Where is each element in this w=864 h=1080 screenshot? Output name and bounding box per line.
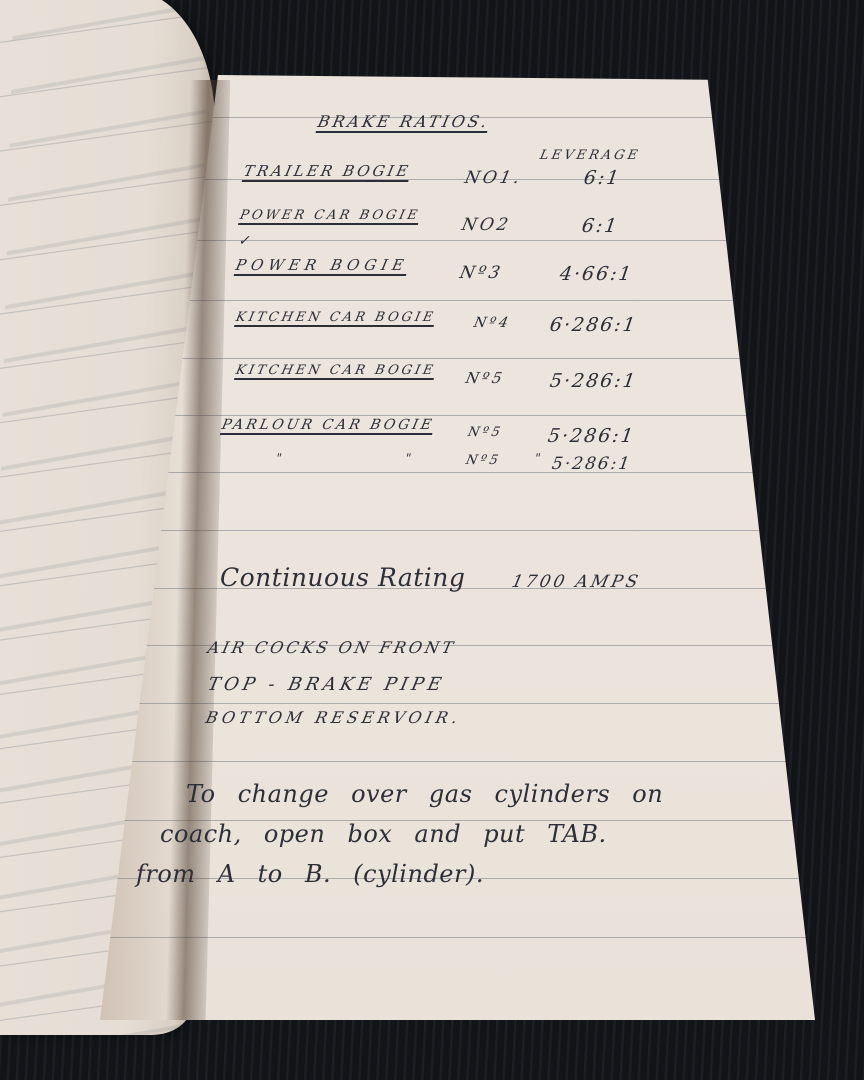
continuous-rating-label: Continuous Rating [220,563,465,592]
ratio-leverage: 5·286:1 [551,454,633,474]
note-line: from A to B. (cylinder). [136,860,484,888]
ratio-number: NO2 [460,215,513,235]
ratio-number: Nº5 [466,425,504,440]
air-cocks-line: AIR COCKS ON FRONT [206,638,458,657]
notebook-photo: BRAKE RATIOS. LEVERAGE TRAILER BOGIE NO1… [0,0,864,1080]
ratio-leverage: 5·286:1 [546,425,636,447]
ratio-item: TRAILER BOGIE [242,162,412,180]
ratio-item: POWER CAR BOGIE [238,208,421,223]
ratio-number: Nº3 [458,263,505,283]
ratio-number: Nº4 [472,315,512,331]
ratio-leverage: 6:1 [582,167,622,189]
ratio-item: KITCHEN CAR BOGIE [234,363,437,378]
note-line: coach, open box and put TAB. [160,820,607,848]
ratio-number: Nº5 [464,453,502,468]
ratio-leverage: 5·286:1 [548,370,638,392]
ratio-leverage: 6·286:1 [548,314,638,336]
air-cocks-line: BOTTOM RESERVOIR. [204,708,463,727]
ratio-item: KITCHEN CAR BOGIE [234,310,437,325]
ratio-item: POWER BOGIE [234,256,410,274]
ratio-leverage: 4·66:1 [558,263,634,285]
leverage-column-header: LEVERAGE [538,148,641,163]
air-cocks-line: TOP - BRAKE PIPE [206,674,447,695]
note-line: To change over gas cylinders on [186,780,663,808]
ratio-item: PARLOUR CAR BOGIE [220,417,436,433]
continuous-rating-value: 1700 AMPS [510,572,643,592]
page-heading: BRAKE RATIOS. [316,112,491,131]
ratio-leverage: 6:1 [580,215,620,237]
ratio-number: NO1. [463,168,524,188]
check-mark-icon: ✓ [238,233,251,249]
ratio-number: Nº5 [464,369,507,387]
